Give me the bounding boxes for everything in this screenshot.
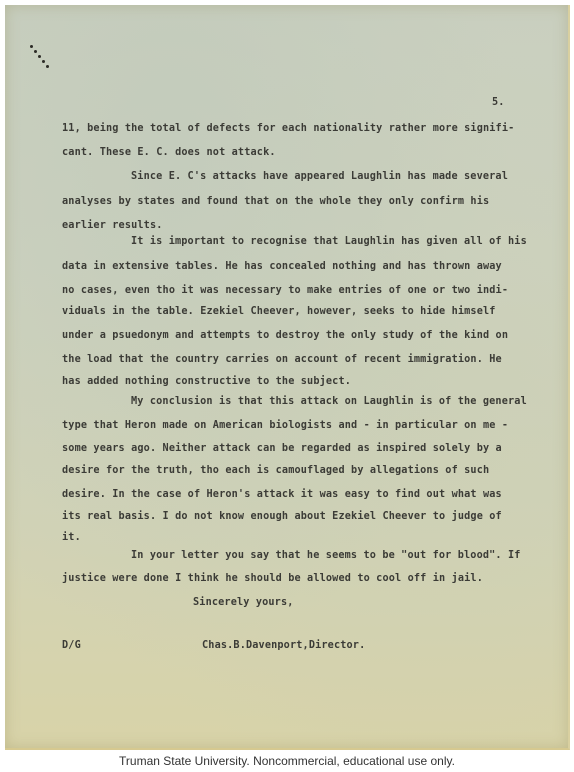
body-line: some years ago. Neither attack can be re…	[62, 443, 502, 455]
body-line: justice were done I think he should be a…	[62, 573, 483, 585]
page-number: 5.	[492, 97, 505, 109]
body-line: earlier results.	[62, 220, 163, 232]
ink-speck-marks	[30, 45, 52, 69]
body-line: no cases, even tho it was necessary to m…	[62, 285, 508, 297]
typist-initials: D/G	[62, 640, 81, 652]
body-line: My conclusion is that this attack on Lau…	[131, 396, 527, 408]
body-line: Since E. C's attacks have appeared Laugh…	[131, 171, 508, 183]
body-line: has added nothing constructive to the su…	[62, 376, 351, 388]
body-line: cant. These E. C. does not attack.	[62, 147, 276, 159]
body-line: desire for the truth, tho each is camouf…	[62, 465, 489, 477]
body-line: desire. In the case of Heron's attack it…	[62, 489, 502, 501]
body-line: type that Heron made on American biologi…	[62, 420, 508, 432]
copyright-caption: Truman State University. Noncommercial, …	[0, 754, 574, 768]
body-line: the load that the country carries on acc…	[62, 354, 502, 366]
body-line: its real basis. I do not know enough abo…	[62, 511, 502, 523]
body-line: viduals in the table. Ezekiel Cheever, h…	[62, 306, 496, 318]
body-line: analyses by states and found that on the…	[62, 196, 489, 208]
body-line: it.	[62, 532, 81, 544]
body-line: It is important to recognise that Laughl…	[131, 236, 527, 248]
body-line: In your letter you say that he seems to …	[131, 550, 521, 562]
body-line: data in extensive tables. He has conceal…	[62, 261, 502, 273]
signature-line: Chas.B.Davenport,Director.	[202, 640, 365, 652]
body-line: under a psuedonym and attempts to destro…	[62, 330, 508, 342]
closing-salutation: Sincerely yours,	[193, 597, 294, 609]
body-line: 11, being the total of defects for each …	[62, 123, 514, 135]
